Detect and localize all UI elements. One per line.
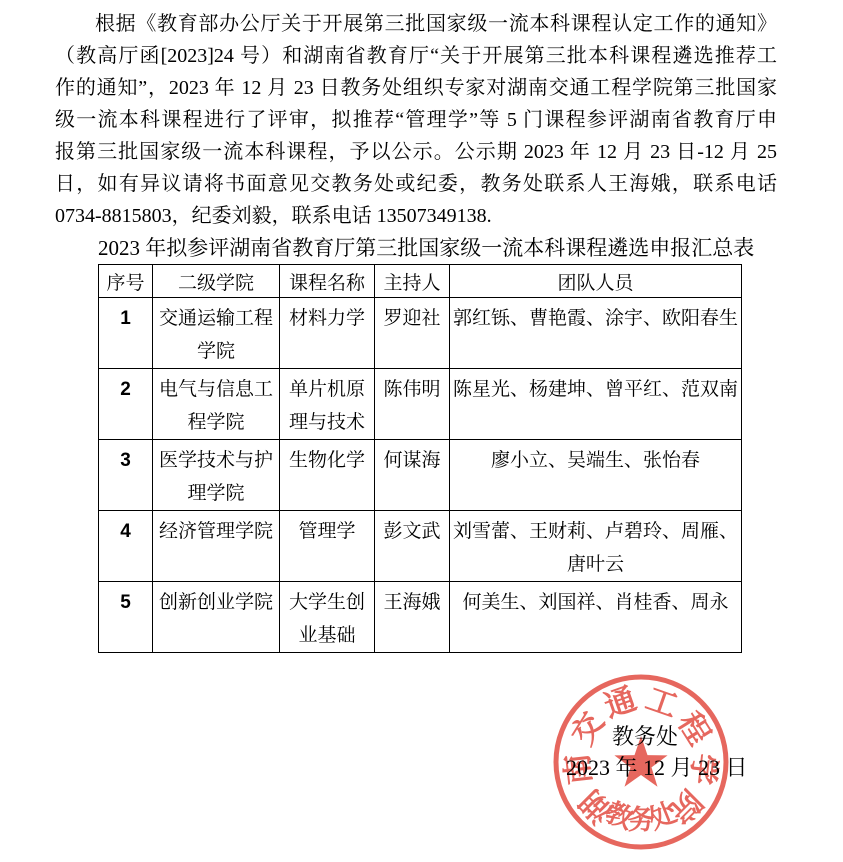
cell-leader: 王海娥 — [375, 582, 450, 653]
cell-team: 刘雪蕾、王财莉、卢碧玲、周雁、 唐叶云 — [450, 511, 742, 582]
cell-leader: 何谋海 — [375, 440, 450, 511]
header-college: 二级学院 — [153, 265, 280, 298]
cell-college: 电气与信息工 程学院 — [153, 369, 280, 440]
table-row: 5 创新创业学院 大学生创 业基础 王海娥 何美生、刘国祥、肖桂香、周永 — [99, 582, 742, 653]
cell-team: 何美生、刘国祥、肖桂香、周永 — [450, 582, 742, 653]
paragraph-line: 日，如有异议请将书面意见交教务处或纪委，教务处联系人王海娥，联系电话 — [55, 168, 777, 200]
header-leader: 主持人 — [375, 265, 450, 298]
table-row: 1 交通运输工程 学院 材料力学 罗迎社 郭红铄、曹艳霞、涂宇、欧阳春生 — [99, 298, 742, 369]
paragraph-line: （教高厅函[2023]24 号）和湖南省教育厅“关于开展第三批本科课程遴选推荐工 — [55, 40, 777, 72]
cell-college: 经济管理学院 — [153, 511, 280, 582]
paragraph-line: 报第三批国家级一流本科课程，予以公示。公示期 2023 年 12 月 23 日-… — [55, 136, 777, 168]
course-summary-table: 序号 二级学院 课程名称 主持人 团队人员 1 交通运输工程 学院 材料力学 罗… — [98, 264, 742, 653]
cell-leader: 彭文武 — [375, 511, 450, 582]
cell-team: 郭红铄、曹艳霞、涂宇、欧阳春生 — [450, 298, 742, 369]
table-title: 2023 年拟参评湖南省教育厅第三批国家级一流本科课程遴选申报汇总表 — [98, 233, 741, 263]
paragraph-line: 级一流本科课程进行了评审，拟推荐“管理学”等 5 门课程参评湖南省教育厅申 — [55, 104, 777, 136]
cell-no: 4 — [99, 511, 153, 582]
document-page: 根据《教育部办公厅关于开展第三批国家级一流本科课程认定工作的通知》 （教高厅函[… — [0, 0, 843, 862]
cell-course: 生物化学 — [280, 440, 375, 511]
cell-college: 交通运输工程 学院 — [153, 298, 280, 369]
notice-paragraph: 根据《教育部办公厅关于开展第三批国家级一流本科课程认定工作的通知》 （教高厅函[… — [55, 8, 777, 232]
paragraph-line: 根据《教育部办公厅关于开展第三批国家级一流本科课程认定工作的通知》 — [55, 8, 777, 40]
cell-course: 单片机原 理与技术 — [280, 369, 375, 440]
signature-department: 教务处 — [612, 720, 678, 751]
paragraph-line: 作的通知”，2023 年 12 月 23 日教务处组织专家对湖南交通工程学院第三… — [55, 72, 777, 104]
cell-team: 陈星光、杨建坤、曾平红、范双南 — [450, 369, 742, 440]
cell-no: 1 — [99, 298, 153, 369]
header-team: 团队人员 — [450, 265, 742, 298]
cell-college: 创新创业学院 — [153, 582, 280, 653]
cell-leader: 罗迎社 — [375, 298, 450, 369]
signature-date: 2023 年 12 月 23 日 — [566, 751, 748, 782]
header-course: 课程名称 — [280, 265, 375, 298]
seal-bottom-text: 教务处 — [601, 797, 681, 835]
table-row: 3 医学技术与护 理学院 生物化学 何谋海 廖小立、吴端生、张怡春 — [99, 440, 742, 511]
cell-team: 廖小立、吴端生、张怡春 — [450, 440, 742, 511]
paragraph-line: 0734-8815803，纪委刘毅，联系电话 13507349138. — [55, 200, 777, 232]
svg-text:工: 工 — [641, 681, 682, 724]
cell-course: 材料力学 — [280, 298, 375, 369]
svg-text:通: 通 — [600, 681, 641, 724]
table-row: 2 电气与信息工 程学院 单片机原 理与技术 陈伟明 陈星光、杨建坤、曾平红、范… — [99, 369, 742, 440]
table-row: 4 经济管理学院 管理学 彭文武 刘雪蕾、王财莉、卢碧玲、周雁、 唐叶云 — [99, 511, 742, 582]
cell-college: 医学技术与护 理学院 — [153, 440, 280, 511]
cell-course: 大学生创 业基础 — [280, 582, 375, 653]
cell-course: 管理学 — [280, 511, 375, 582]
cell-no: 5 — [99, 582, 153, 653]
cell-leader: 陈伟明 — [375, 369, 450, 440]
table-header-row: 序号 二级学院 课程名称 主持人 团队人员 — [99, 265, 742, 298]
cell-no: 3 — [99, 440, 153, 511]
cell-no: 2 — [99, 369, 153, 440]
header-no: 序号 — [99, 265, 153, 298]
